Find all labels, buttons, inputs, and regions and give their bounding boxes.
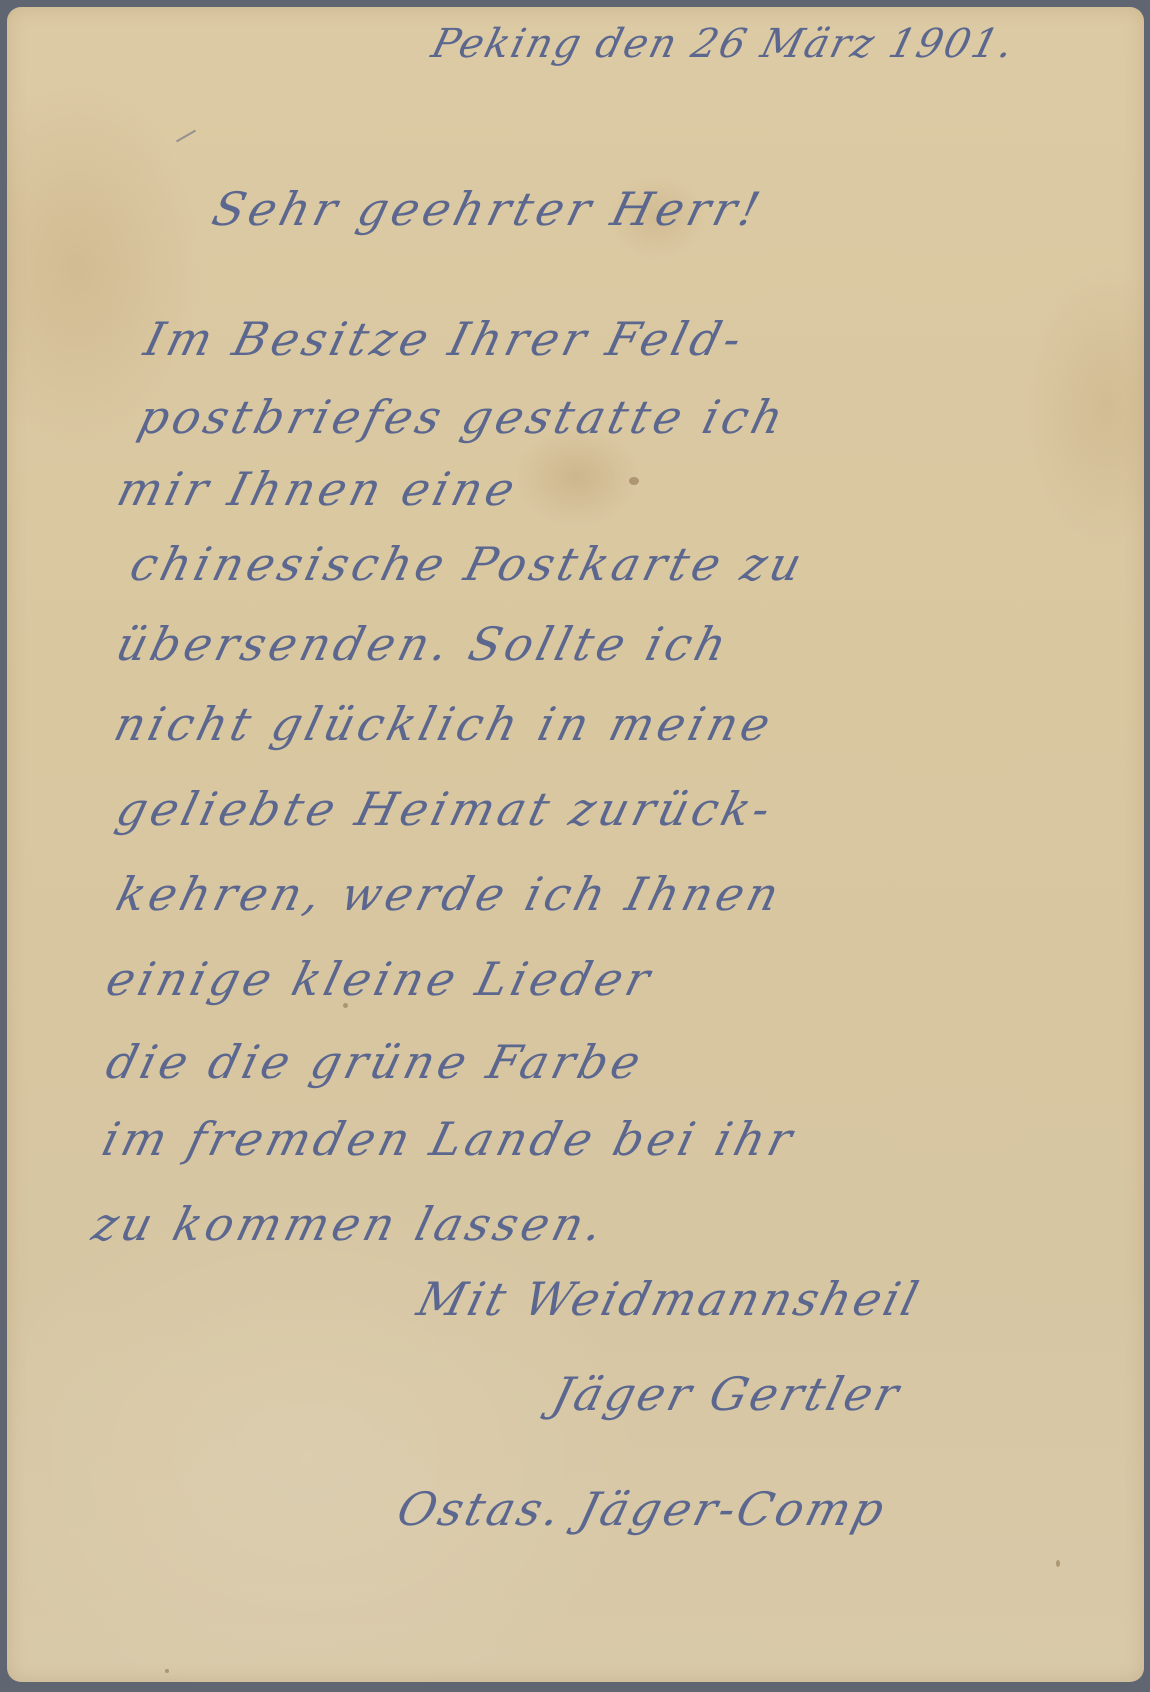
body-line: kehren, werde ich Ihnen	[111, 867, 788, 921]
signature-name: Jäger Gertler	[547, 1367, 907, 1421]
paper-speck	[1056, 1560, 1060, 1567]
paper-speck	[165, 1669, 169, 1673]
dateline: Peking den 26 März 1901.	[427, 21, 1020, 67]
body-line: übersenden. Sollte ich	[111, 617, 736, 671]
signature-unit: Ostas. Jäger-Comp	[392, 1482, 893, 1536]
body-line: Im Besitze Ihrer Feld-	[139, 312, 751, 366]
salutation: Sehr geehrter Herr!	[207, 182, 769, 236]
body-line: im fremden Lande bei ihr	[97, 1112, 801, 1166]
body-line: postbriefes gestatte ich	[133, 390, 793, 444]
paper-speck	[629, 477, 639, 485]
postcard: Peking den 26 März 1901. Sehr geehrter H…	[7, 7, 1144, 1682]
body-line: nicht glücklich in meine	[109, 697, 780, 751]
closing: Mit Weidmannsheil	[412, 1272, 926, 1326]
body-line: die die grüne Farbe	[101, 1035, 650, 1089]
body-line: mir Ihnen eine	[112, 462, 524, 516]
pencil-mark	[176, 130, 196, 143]
body-line: einige kleine Lieder	[101, 952, 659, 1006]
body-line: zu kommen lassen.	[87, 1197, 612, 1251]
body-line: chinesische Postkarte zu	[125, 537, 811, 591]
body-line: geliebte Heimat zurück-	[111, 782, 780, 836]
